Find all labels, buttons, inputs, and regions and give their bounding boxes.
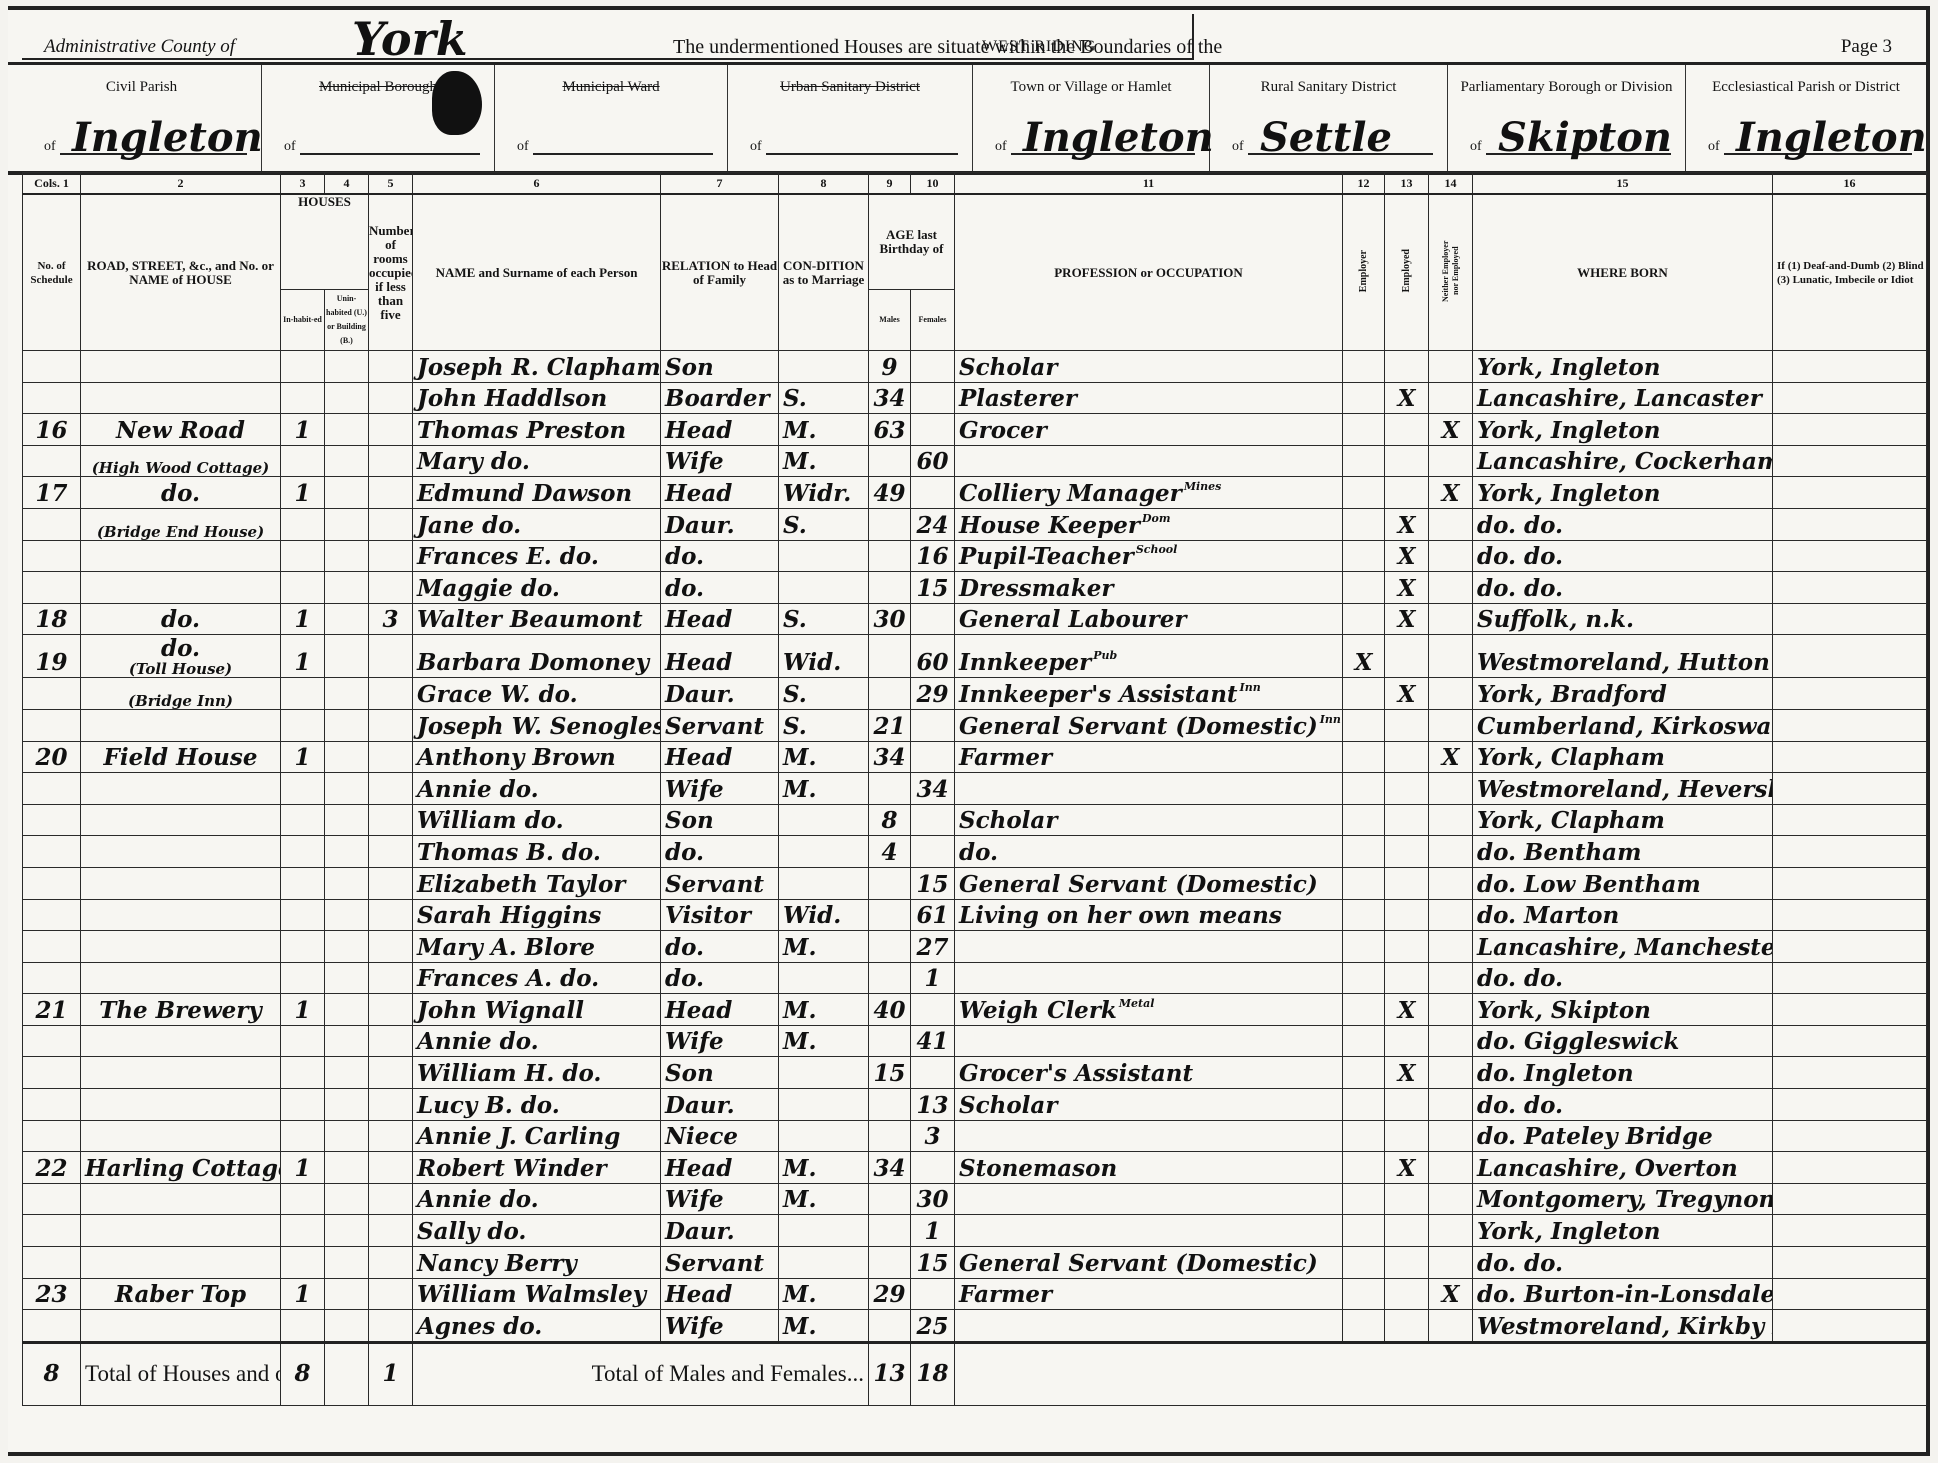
relation: Boarder bbox=[661, 382, 779, 414]
age-female: 1 bbox=[911, 1215, 955, 1247]
employed-mark: X bbox=[1385, 508, 1429, 540]
occupation bbox=[955, 773, 1343, 805]
rooms-count bbox=[369, 414, 413, 446]
census-row: Frances E. do.do.16Pupil-TeacherSchoolXd… bbox=[23, 540, 1927, 572]
uninhabited-count bbox=[325, 414, 369, 446]
occupation-text: do. bbox=[959, 839, 998, 866]
employed-mark bbox=[1385, 867, 1429, 899]
birthplace: York, Clapham bbox=[1473, 804, 1773, 836]
infirmity bbox=[1773, 804, 1927, 836]
total-schedules: 8 bbox=[23, 1342, 81, 1405]
occupation-text: General Servant (Domestic) bbox=[959, 871, 1318, 898]
occupation: Pupil-TeacherSchool bbox=[955, 540, 1343, 572]
employed-mark: X bbox=[1385, 572, 1429, 604]
occupation-text: Living on her own means bbox=[959, 902, 1282, 929]
infirmity bbox=[1773, 773, 1927, 805]
employed-mark bbox=[1385, 931, 1429, 963]
marital-condition bbox=[779, 1089, 869, 1121]
relation: do. bbox=[661, 572, 779, 604]
relation: do. bbox=[661, 931, 779, 963]
marital-condition: S. bbox=[779, 382, 869, 414]
neither-mark bbox=[1429, 1215, 1473, 1247]
schedule-number bbox=[23, 540, 81, 572]
person-name: Agnes do. bbox=[413, 1310, 661, 1343]
relation: Servant bbox=[661, 1247, 779, 1279]
house-name bbox=[81, 1057, 281, 1089]
employed-mark bbox=[1385, 1183, 1429, 1215]
employer-mark bbox=[1343, 1089, 1385, 1121]
age-male: 34 bbox=[869, 1152, 911, 1184]
person-name: Grace W. do. bbox=[413, 678, 661, 710]
occupation-text: Farmer bbox=[959, 744, 1052, 771]
inhabited-count bbox=[281, 1247, 325, 1279]
age-male: 15 bbox=[869, 1057, 911, 1089]
age-female: 60 bbox=[911, 635, 955, 678]
census-row: Annie do.WifeM.41do. Giggleswick bbox=[23, 1025, 1927, 1057]
birthplace: do. Marton bbox=[1473, 899, 1773, 931]
person-name: Joseph R. Clapham bbox=[413, 351, 661, 383]
totals-row: 8 Total of Houses and of Tenements with … bbox=[23, 1342, 1927, 1405]
rooms-count bbox=[369, 678, 413, 710]
house-name bbox=[81, 1089, 281, 1121]
birthplace: do. Pateley Bridge bbox=[1473, 1120, 1773, 1152]
neither-mark bbox=[1429, 1120, 1473, 1152]
age-female: 41 bbox=[911, 1025, 955, 1057]
neither-mark bbox=[1429, 994, 1473, 1026]
census-row: Joseph R. ClaphamSon9ScholarYork, Inglet… bbox=[23, 351, 1927, 383]
occupation bbox=[955, 1120, 1343, 1152]
marital-condition bbox=[779, 836, 869, 868]
age-female: 27 bbox=[911, 931, 955, 963]
column-headers-row: No. of Schedule ROAD, STREET, &c., and N… bbox=[23, 194, 1927, 290]
occupation-note: School bbox=[1136, 543, 1178, 556]
employed-mark bbox=[1385, 1310, 1429, 1343]
neither-mark: X bbox=[1429, 414, 1473, 446]
employed-mark: X bbox=[1385, 540, 1429, 572]
census-table: Cols. 1 2 3 4 5 6 7 8 9 10 11 12 13 14 1… bbox=[22, 172, 1927, 1406]
uninhabited-count bbox=[325, 635, 369, 678]
occupation-text: General Servant (Domestic) bbox=[959, 713, 1318, 740]
employed-mark: X bbox=[1385, 994, 1429, 1026]
census-row: 21The Brewery1John WignallHeadM.40Weigh … bbox=[23, 994, 1927, 1026]
marital-condition: M. bbox=[779, 414, 869, 446]
rooms-count bbox=[369, 351, 413, 383]
schedule-number: 20 bbox=[23, 741, 81, 773]
infirmity bbox=[1773, 1215, 1927, 1247]
inhabited-count: 1 bbox=[281, 635, 325, 678]
person-name: Annie do. bbox=[413, 1183, 661, 1215]
age-female: 24 bbox=[911, 508, 955, 540]
occupation-note: Pub bbox=[1093, 649, 1117, 662]
house-name: do. bbox=[81, 477, 281, 509]
infirmity bbox=[1773, 351, 1927, 383]
employer-mark bbox=[1343, 351, 1385, 383]
rooms-count bbox=[369, 1025, 413, 1057]
birthplace: York, Ingleton bbox=[1473, 351, 1773, 383]
birthplace: do. Bentham bbox=[1473, 836, 1773, 868]
neither-mark bbox=[1429, 603, 1473, 635]
employed-mark bbox=[1385, 709, 1429, 741]
census-row: Maggie do.do.15DressmakerXdo. do. bbox=[23, 572, 1927, 604]
header-infirmity: If (1) Deaf-and-Dumb (2) Blind (3) Lunat… bbox=[1773, 194, 1927, 351]
uninhabited-count bbox=[325, 709, 369, 741]
infirmity bbox=[1773, 635, 1927, 678]
census-row: Sally do.Daur.1York, Ingleton bbox=[23, 1215, 1927, 1247]
uninhabited-count bbox=[325, 1120, 369, 1152]
neither-mark bbox=[1429, 773, 1473, 805]
age-female: 3 bbox=[911, 1120, 955, 1152]
house-name: (Bridge End House) bbox=[81, 508, 281, 540]
census-row: Annie do.WifeM.30Montgomery, Tregynon bbox=[23, 1183, 1927, 1215]
uninhabited-count bbox=[325, 445, 369, 477]
relation: Daur. bbox=[661, 1089, 779, 1121]
relation: Daur. bbox=[661, 508, 779, 540]
marital-condition bbox=[779, 351, 869, 383]
census-row: Annie J. CarlingNiece3do. Pateley Bridge bbox=[23, 1120, 1927, 1152]
occupation: Grocer bbox=[955, 414, 1343, 446]
relation: Wife bbox=[661, 445, 779, 477]
relation: Head bbox=[661, 603, 779, 635]
uninhabited-count bbox=[325, 1089, 369, 1121]
employer-mark bbox=[1343, 962, 1385, 994]
person-name: Maggie do. bbox=[413, 572, 661, 604]
occupation-text: Scholar bbox=[959, 354, 1057, 381]
employer-mark bbox=[1343, 414, 1385, 446]
employed-mark bbox=[1385, 351, 1429, 383]
schedule-number bbox=[23, 572, 81, 604]
header-neither: Neither Employer nor Employed bbox=[1429, 194, 1473, 351]
infirmity bbox=[1773, 1057, 1927, 1089]
marital-condition: S. bbox=[779, 678, 869, 710]
age-female bbox=[911, 351, 955, 383]
infirmity bbox=[1773, 678, 1927, 710]
neither-mark: X bbox=[1429, 741, 1473, 773]
occupation: General Servant (Domestic)Inn bbox=[955, 709, 1343, 741]
district-town-village: Town or Village or Hamlet of Ingleton bbox=[973, 65, 1210, 171]
inhabited-count bbox=[281, 1089, 325, 1121]
infirmity bbox=[1773, 994, 1927, 1026]
census-row: 17do.1Edmund DawsonHeadWidr.49Colliery M… bbox=[23, 477, 1927, 509]
age-male: 30 bbox=[869, 603, 911, 635]
neither-mark: X bbox=[1429, 1278, 1473, 1310]
birthplace: York, Clapham bbox=[1473, 741, 1773, 773]
districts-row: Civil Parish of Ingleton Municipal Borou… bbox=[8, 65, 1926, 175]
relation: Son bbox=[661, 1057, 779, 1089]
relation: Head bbox=[661, 414, 779, 446]
neither-mark bbox=[1429, 1025, 1473, 1057]
rooms-count bbox=[369, 1278, 413, 1310]
intro-text: The undermentioned Houses are situate wi… bbox=[673, 36, 1222, 59]
relation: Head bbox=[661, 741, 779, 773]
neither-mark bbox=[1429, 1183, 1473, 1215]
person-name: John Wignall bbox=[413, 994, 661, 1026]
rooms-count bbox=[369, 635, 413, 678]
header-occupation: PROFESSION or OCCUPATION bbox=[955, 194, 1343, 351]
road-name: Harling Cottage bbox=[85, 1155, 281, 1182]
marital-condition: Wid. bbox=[779, 635, 869, 678]
rooms-count bbox=[369, 773, 413, 805]
census-row: Nancy BerryServant15General Servant (Dom… bbox=[23, 1247, 1927, 1279]
neither-mark bbox=[1429, 836, 1473, 868]
infirmity bbox=[1773, 382, 1927, 414]
birthplace: do. do. bbox=[1473, 1089, 1773, 1121]
occupation-text: Plasterer bbox=[959, 385, 1077, 412]
occupation-text: House Keeper bbox=[959, 512, 1140, 539]
inhabited-count bbox=[281, 540, 325, 572]
rooms-count bbox=[369, 1089, 413, 1121]
district-municipal-borough: Municipal Borough of bbox=[262, 65, 495, 171]
age-male: 8 bbox=[869, 804, 911, 836]
county-label: Administrative County of bbox=[44, 36, 235, 58]
occupation: do. bbox=[955, 836, 1343, 868]
house-name bbox=[81, 1247, 281, 1279]
house-name bbox=[81, 1183, 281, 1215]
employed-mark bbox=[1385, 836, 1429, 868]
header-condition: CON-DITION as to Marriage bbox=[779, 194, 869, 351]
district-civil-parish: Civil Parish of Ingleton bbox=[22, 65, 262, 171]
employer-mark bbox=[1343, 1215, 1385, 1247]
relation: Son bbox=[661, 351, 779, 383]
birthplace: York, Ingleton bbox=[1473, 477, 1773, 509]
inhabited-count bbox=[281, 836, 325, 868]
schedule-number bbox=[23, 1247, 81, 1279]
birthplace: Lancashire, Lancaster bbox=[1473, 382, 1773, 414]
age-male: 40 bbox=[869, 994, 911, 1026]
employer-mark bbox=[1343, 741, 1385, 773]
person-name: Robert Winder bbox=[413, 1152, 661, 1184]
schedule-number: 19 bbox=[23, 635, 81, 678]
schedule-number bbox=[23, 836, 81, 868]
uninhabited-count bbox=[325, 1152, 369, 1184]
employer-mark bbox=[1343, 603, 1385, 635]
marital-condition: M. bbox=[779, 741, 869, 773]
birthplace: Cumberland, Kirkoswald bbox=[1473, 709, 1773, 741]
employer-mark bbox=[1343, 709, 1385, 741]
header-houses: HOUSES bbox=[281, 194, 369, 290]
age-male bbox=[869, 773, 911, 805]
person-name: Thomas Preston bbox=[413, 414, 661, 446]
employed-mark bbox=[1385, 1025, 1429, 1057]
infirmity bbox=[1773, 445, 1927, 477]
house-name: Field House bbox=[81, 741, 281, 773]
marital-condition bbox=[779, 962, 869, 994]
uninhabited-count bbox=[325, 351, 369, 383]
employer-mark bbox=[1343, 678, 1385, 710]
employer-mark bbox=[1343, 867, 1385, 899]
neither-mark: X bbox=[1429, 477, 1473, 509]
employer-mark bbox=[1343, 836, 1385, 868]
census-row: William do.Son8ScholarYork, Clapham bbox=[23, 804, 1927, 836]
age-male bbox=[869, 899, 911, 931]
marital-condition bbox=[779, 1215, 869, 1247]
occupation: Farmer bbox=[955, 1278, 1343, 1310]
road-name: The Brewery bbox=[99, 997, 262, 1024]
employer-mark bbox=[1343, 445, 1385, 477]
road-name: New Road bbox=[116, 417, 245, 444]
schedule-number bbox=[23, 962, 81, 994]
relation: Head bbox=[661, 994, 779, 1026]
employer-mark bbox=[1343, 1278, 1385, 1310]
occupation bbox=[955, 931, 1343, 963]
infirmity bbox=[1773, 1310, 1927, 1343]
employer-mark bbox=[1343, 1152, 1385, 1184]
neither-mark bbox=[1429, 382, 1473, 414]
age-female: 15 bbox=[911, 1247, 955, 1279]
occupation-text: Innkeeper's Assistant bbox=[959, 681, 1238, 708]
infirmity bbox=[1773, 1120, 1927, 1152]
marital-condition: S. bbox=[779, 603, 869, 635]
inhabited-count bbox=[281, 445, 325, 477]
census-row: 16New Road1Thomas PrestonHeadM.63GrocerX… bbox=[23, 414, 1927, 446]
occupation bbox=[955, 962, 1343, 994]
header-road: ROAD, STREET, &c., and No. or NAME of HO… bbox=[81, 194, 281, 351]
neither-mark bbox=[1429, 635, 1473, 678]
neither-mark bbox=[1429, 1247, 1473, 1279]
employed-mark bbox=[1385, 1247, 1429, 1279]
rooms-count bbox=[369, 867, 413, 899]
occupation-text: Dressmaker bbox=[959, 575, 1114, 602]
schedule-number bbox=[23, 1215, 81, 1247]
schedule-number bbox=[23, 773, 81, 805]
rooms-count bbox=[369, 931, 413, 963]
total-inhabited: 8 bbox=[281, 1342, 325, 1405]
neither-mark bbox=[1429, 1057, 1473, 1089]
schedule-number bbox=[23, 867, 81, 899]
occupation bbox=[955, 1025, 1343, 1057]
header-employer: Employer bbox=[1343, 194, 1385, 351]
age-male bbox=[869, 1183, 911, 1215]
census-row: Sarah HigginsVisitorWid.61Living on her … bbox=[23, 899, 1927, 931]
uninhabited-count bbox=[325, 1183, 369, 1215]
house-name: do. bbox=[81, 603, 281, 635]
inhabited-count: 1 bbox=[281, 1278, 325, 1310]
neither-mark bbox=[1429, 899, 1473, 931]
age-female: 16 bbox=[911, 540, 955, 572]
employer-mark bbox=[1343, 931, 1385, 963]
employed-mark: X bbox=[1385, 678, 1429, 710]
uninhabited-count bbox=[325, 1057, 369, 1089]
infirmity bbox=[1773, 603, 1927, 635]
uninhabited-count bbox=[325, 836, 369, 868]
employer-mark: X bbox=[1343, 635, 1385, 678]
road-name: Raber Top bbox=[115, 1281, 246, 1308]
house-name bbox=[81, 709, 281, 741]
rooms-count bbox=[369, 1152, 413, 1184]
infirmity bbox=[1773, 1152, 1927, 1184]
header-where-born: WHERE BORN bbox=[1473, 194, 1773, 351]
schedule-number bbox=[23, 351, 81, 383]
birthplace: Suffolk, n.k. bbox=[1473, 603, 1773, 635]
employer-mark bbox=[1343, 572, 1385, 604]
rooms-count bbox=[369, 445, 413, 477]
inhabited-count bbox=[281, 899, 325, 931]
road-name: Field House bbox=[104, 744, 258, 771]
schedule-number bbox=[23, 678, 81, 710]
uninhabited-count bbox=[325, 867, 369, 899]
infirmity bbox=[1773, 962, 1927, 994]
infirmity bbox=[1773, 867, 1927, 899]
occupation-text: Colliery Manager bbox=[959, 480, 1182, 507]
total-rooms: 1 bbox=[369, 1342, 413, 1405]
employer-mark bbox=[1343, 899, 1385, 931]
rooms-count bbox=[369, 1057, 413, 1089]
birthplace: York, Ingleton bbox=[1473, 1215, 1773, 1247]
house-name: (High Wood Cottage) bbox=[81, 445, 281, 477]
person-name: Nancy Berry bbox=[413, 1247, 661, 1279]
employed-mark bbox=[1385, 1215, 1429, 1247]
house-name: do.(Toll House) bbox=[81, 635, 281, 678]
relation: Son bbox=[661, 804, 779, 836]
employer-mark bbox=[1343, 382, 1385, 414]
uninhabited-count bbox=[325, 1215, 369, 1247]
inhabited-count bbox=[281, 1310, 325, 1343]
house-note: (Bridge End House) bbox=[85, 525, 276, 539]
occupation-text: Weigh Clerk bbox=[959, 997, 1117, 1024]
header-employed: Employed bbox=[1385, 194, 1429, 351]
relation: Wife bbox=[661, 1183, 779, 1215]
age-male: 63 bbox=[869, 414, 911, 446]
occupation: Living on her own means bbox=[955, 899, 1343, 931]
inhabited-count bbox=[281, 867, 325, 899]
house-note: (Toll House) bbox=[85, 662, 276, 676]
infirmity bbox=[1773, 572, 1927, 604]
age-male: 29 bbox=[869, 1278, 911, 1310]
occupation-note: Mines bbox=[1184, 480, 1222, 493]
inhabited-count bbox=[281, 1215, 325, 1247]
uninhabited-count bbox=[325, 508, 369, 540]
marital-condition bbox=[779, 867, 869, 899]
rooms-count bbox=[369, 899, 413, 931]
employed-mark bbox=[1385, 414, 1429, 446]
employed-mark bbox=[1385, 1089, 1429, 1121]
infirmity bbox=[1773, 741, 1927, 773]
infirmity bbox=[1773, 931, 1927, 963]
person-name: Barbara Domoney bbox=[413, 635, 661, 678]
relation: Head bbox=[661, 635, 779, 678]
marital-condition: M. bbox=[779, 1152, 869, 1184]
inhabited-count bbox=[281, 773, 325, 805]
employed-mark bbox=[1385, 445, 1429, 477]
infirmity bbox=[1773, 1089, 1927, 1121]
house-name bbox=[81, 804, 281, 836]
marital-condition bbox=[779, 540, 869, 572]
road-name: do. bbox=[161, 606, 200, 633]
age-male: 9 bbox=[869, 351, 911, 383]
person-name: Walter Beaumont bbox=[413, 603, 661, 635]
employed-mark bbox=[1385, 477, 1429, 509]
employed-mark bbox=[1385, 1120, 1429, 1152]
age-female: 15 bbox=[911, 867, 955, 899]
inhabited-count bbox=[281, 572, 325, 604]
marital-condition: S. bbox=[779, 709, 869, 741]
district-ecclesiastical: Ecclesiastical Parish or District of Ing… bbox=[1686, 65, 1926, 171]
marital-condition: Wid. bbox=[779, 899, 869, 931]
schedule-number bbox=[23, 1057, 81, 1089]
person-name: Thomas B. do. bbox=[413, 836, 661, 868]
age-male: 34 bbox=[869, 382, 911, 414]
occupation: Scholar bbox=[955, 804, 1343, 836]
header-row: Administrative County of York WEST RIDIN… bbox=[8, 10, 1926, 65]
relation: Niece bbox=[661, 1120, 779, 1152]
occupation: Weigh ClerkMetal bbox=[955, 994, 1343, 1026]
neither-mark bbox=[1429, 1152, 1473, 1184]
neither-mark bbox=[1429, 445, 1473, 477]
occupation-text: Farmer bbox=[959, 1281, 1052, 1308]
census-row: 19do.(Toll House)1Barbara DomoneyHeadWid… bbox=[23, 635, 1927, 678]
uninhabited-count bbox=[325, 773, 369, 805]
occupation-text: Scholar bbox=[959, 1092, 1057, 1119]
uninhabited-count bbox=[325, 382, 369, 414]
